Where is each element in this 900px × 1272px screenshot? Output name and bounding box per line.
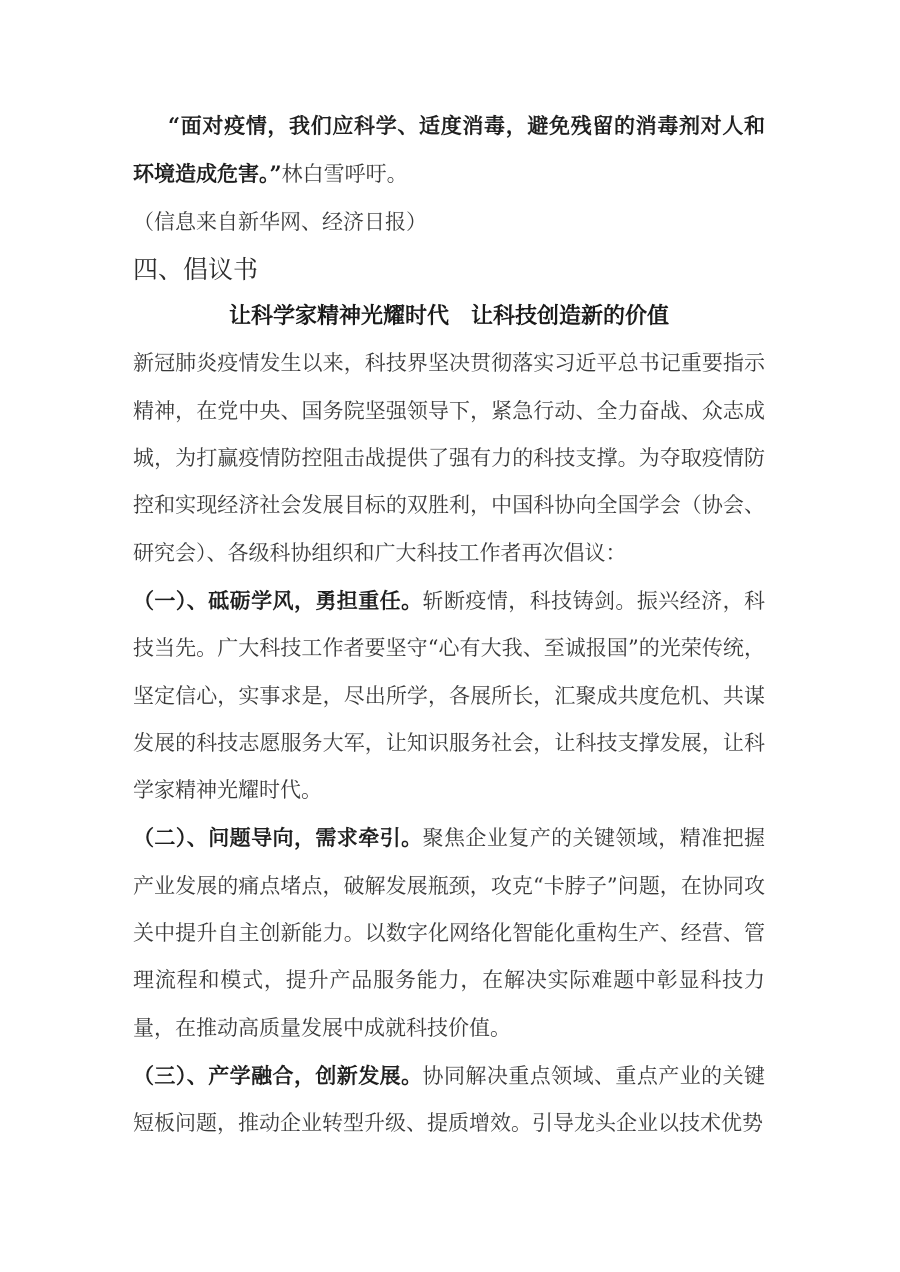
document-content: “面对疫情，我们应科学、适度消毒，避免残留的消毒剂对人和环境造成危害。”林白雪呼… (133, 102, 765, 1148)
document-page: “面对疫情，我们应科学、适度消毒，避免残留的消毒剂对人和环境造成危害。”林白雪呼… (0, 0, 900, 1272)
section-heading: 四、倡议书 (133, 246, 765, 293)
proposal-title: 让科学家精神光耀时代 让科技创造新的价值 (133, 293, 765, 340)
intro-paragraph: 新冠肺炎疫情发生以来，科技界坚决贯彻落实习近平总书记重要指示精神，在党中央、国务… (133, 340, 765, 576)
source-note-paragraph: （信息来自新华网、经济日报） (133, 199, 765, 246)
text-run: 四、倡议书 (133, 255, 258, 284)
initiative-2-paragraph: （二）、问题导向，需求牵引。聚焦企业复产的关键领域，精准把握产业发展的痛点堵点，… (133, 814, 765, 1051)
text-run: 新冠肺炎疫情发生以来，科技界坚决贯彻落实习近平总书记重要指示精神，在党中央、国务… (133, 351, 765, 564)
initiative-3-paragraph: （三）、产学融合，创新发展。协同解决重点领域、重点产业的关键短板问题，推动企业转… (133, 1052, 765, 1148)
text-run: （信息来自新华网、经济日报） (133, 210, 427, 234)
quote-paragraph: “面对疫情，我们应科学、适度消毒，避免残留的消毒剂对人和环境造成危害。”林白雪呼… (133, 102, 765, 199)
bold-text-run: （三）、产学融合，创新发展。 (133, 1063, 423, 1088)
bold-text-run: （二）、问题导向，需求牵引。 (133, 825, 423, 850)
bold-text-run: （一）、砥砺学风，勇担重任。 (133, 588, 423, 613)
initiative-1-paragraph: （一）、砥砺学风，勇担重任。斩断疫情，科技铸剑。振兴经济，科技当先。广大科技工作… (133, 577, 765, 814)
text-run: 林白雪呼吁。 (282, 162, 408, 186)
bold-text-run: 让科学家精神光耀时代 让科技创造新的价值 (229, 303, 669, 329)
text-run: 聚焦企业复产的关键领域，精准把握产业发展的痛点堵点，破解发展瓶颈，攻克“卡脖子”… (133, 826, 765, 1039)
text-run: 斩断疫情，科技铸剑。振兴经济，科技当先。广大科技工作者要坚守“心有大我、至诚报国… (133, 589, 765, 802)
bold-text-run: “面对疫情，我们应科学、适度消毒，避免残留的消毒剂对人和环境造成危害。” (133, 113, 765, 186)
